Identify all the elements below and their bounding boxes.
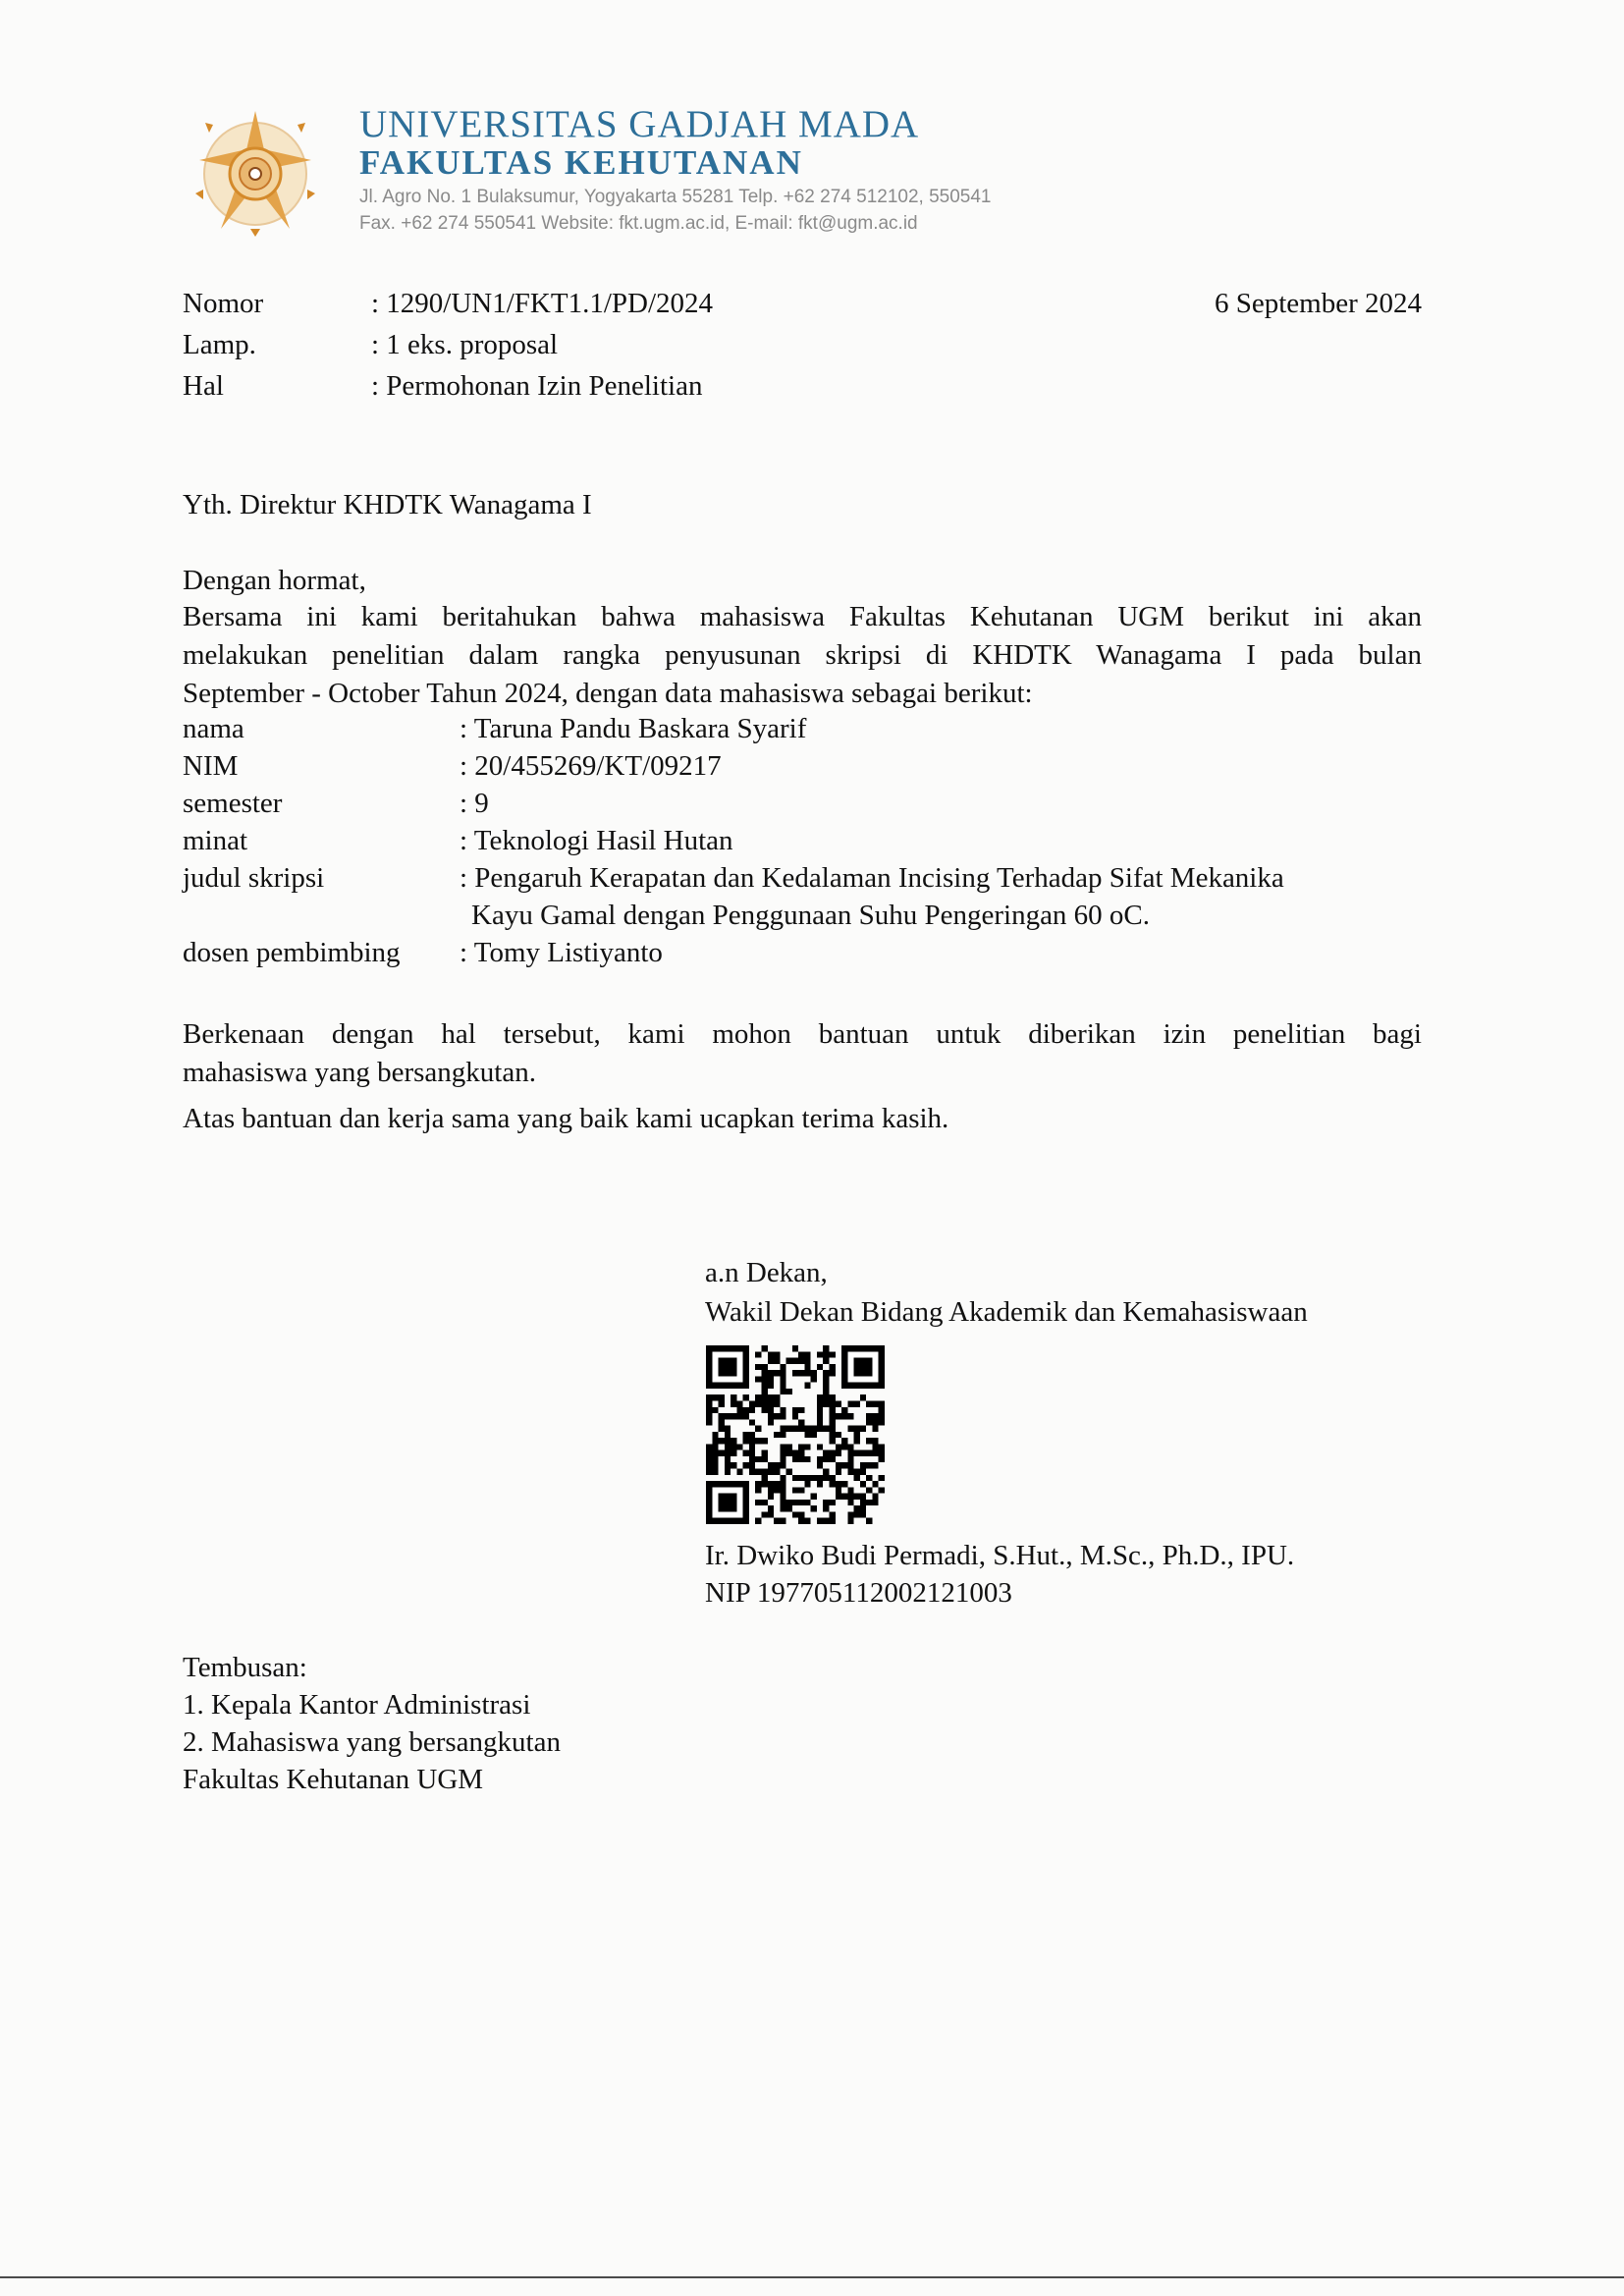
request-line-1: Berkenaan dengan hal tersebut, kami moho… (183, 1015, 1422, 1054)
signer-nip: NIP 197705112002121003 (705, 1577, 1012, 1610)
student-value-judul-cont: Kayu Gamal dengan Penggunaan Suhu Penger… (471, 900, 1150, 932)
signer-name: Ir. Dwiko Budi Permadi, S.Hut., M.Sc., P… (705, 1540, 1294, 1572)
student-label-dosen: dosen pembimbing (183, 937, 401, 969)
student-label-minat: minat (183, 825, 247, 857)
student-value-nim: : 20/455269/KT/09217 (460, 750, 722, 783)
hal-label: Hal (183, 369, 224, 404)
ugm-emblem-icon (191, 103, 319, 246)
on-behalf: a.n Dekan, (705, 1257, 828, 1289)
student-value-judul: : Pengaruh Kerapatan dan Kedalaman Incis… (460, 862, 1284, 895)
faculty-name: FAKULTAS KEHUTANAN (359, 143, 803, 183)
closing: Atas bantuan dan kerja sama yang baik ka… (183, 1102, 948, 1136)
cc-footer: Fakultas Kehutanan UGM (183, 1764, 483, 1796)
intro-line-2: melakukan penelitian dalam rangka penyus… (183, 636, 1422, 675)
qr-code-icon (706, 1345, 885, 1524)
cc-heading: Tembusan: (183, 1652, 307, 1684)
student-label-nama: nama (183, 713, 244, 745)
student-label-semester: semester (183, 788, 282, 820)
student-value-minat: : Teknologi Hasil Hutan (460, 825, 733, 857)
signer-position: Wakil Dekan Bidang Akademik dan Kemahasi… (705, 1296, 1308, 1329)
student-value-dosen: : Tomy Listiyanto (460, 937, 663, 969)
recipient: Yth. Direktur KHDTK Wanagama I (183, 488, 592, 522)
cc-item-2: 2. Mahasiswa yang bersangkutan (183, 1726, 561, 1759)
student-label-nim: NIM (183, 750, 238, 783)
student-value-nama: : Taruna Pandu Baskara Syarif (460, 713, 806, 745)
hal-value: : Permohonan Izin Penelitian (371, 369, 702, 404)
salutation: Dengan hormat, (183, 564, 366, 598)
lamp-label: Lamp. (183, 328, 256, 362)
request-paragraph: Berkenaan dengan hal tersebut, kami moho… (183, 1015, 1422, 1092)
scan-edge-divider (0, 2276, 1624, 2278)
student-label-judul: judul skripsi (183, 862, 324, 895)
request-line-2: mahasiswa yang bersangkutan. (183, 1054, 1422, 1092)
nomor-label: Nomor (183, 287, 263, 321)
university-name: UNIVERSITAS GADJAH MADA (359, 102, 919, 146)
letter-page: UNIVERSITAS GADJAH MADA FAKULTAS KEHUTAN… (0, 0, 1624, 2296)
lamp-value: : 1 eks. proposal (371, 328, 558, 362)
letter-date: 6 September 2024 (1215, 287, 1422, 321)
cc-item-1: 1. Kepala Kantor Administrasi (183, 1689, 530, 1722)
letterhead-address: Jl. Agro No. 1 Bulaksumur, Yogyakarta 55… (359, 187, 992, 208)
intro-paragraph: Bersama ini kami beritahukan bahwa mahas… (183, 598, 1422, 713)
student-value-semester: : 9 (460, 788, 489, 820)
nomor-value: : 1290/UN1/FKT1.1/PD/2024 (371, 287, 713, 321)
intro-line-1: Bersama ini kami beritahukan bahwa mahas… (183, 598, 1422, 636)
intro-line-3: September - October Tahun 2024, dengan d… (183, 675, 1422, 713)
letterhead-contact: Fax. +62 274 550541 Website: fkt.ugm.ac.… (359, 213, 918, 235)
